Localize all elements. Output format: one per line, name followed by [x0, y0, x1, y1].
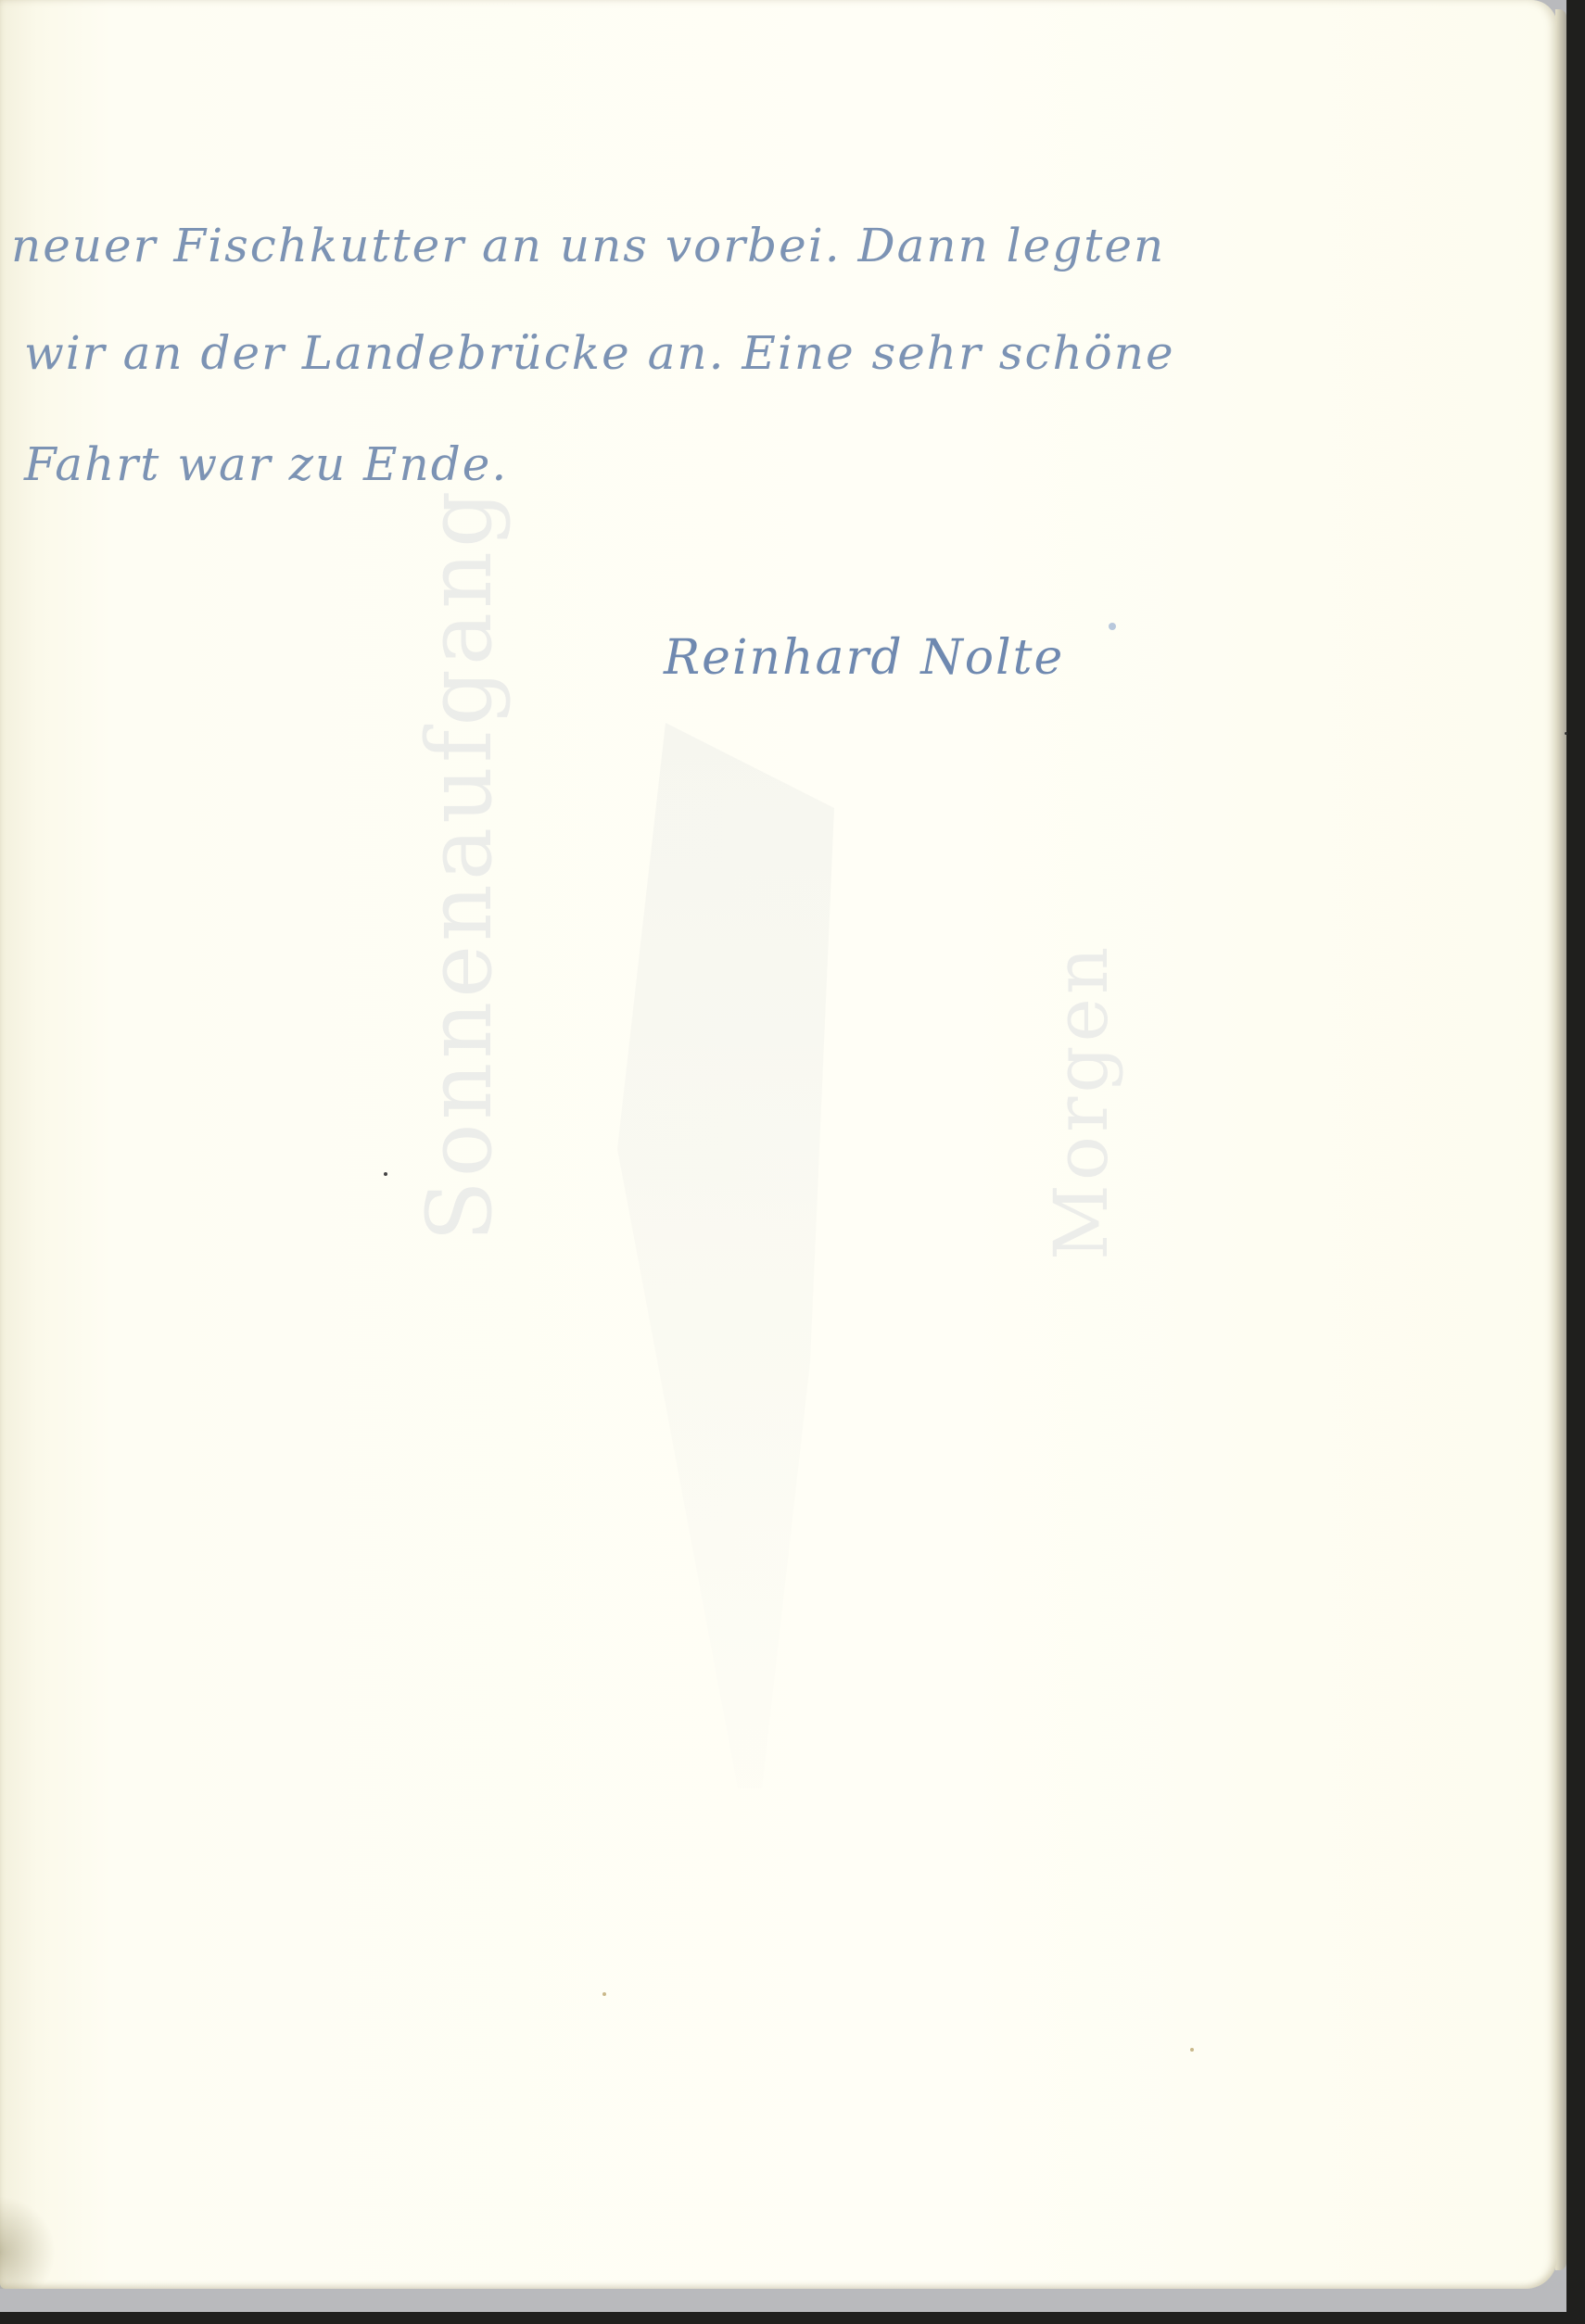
- speck: [602, 1992, 606, 1996]
- handwritten-line-1: neuer Fischkutter an uns vorbei. Dann le…: [11, 219, 1165, 272]
- bleed-through-drawing: [593, 723, 834, 1788]
- handwritten-line-3: Fahrt war zu Ende.: [24, 437, 508, 491]
- speck: [1565, 732, 1567, 735]
- corner-fold-shadow: [0, 2196, 56, 2289]
- document-page: Sonnenaufgang Morgen neuer Fischkutter a…: [0, 0, 1557, 2289]
- handwritten-line-2: wir an der Landebrücke an. Eine sehr sch…: [24, 326, 1175, 380]
- speck: [1190, 2048, 1194, 2052]
- signature: Reinhard Nolte: [664, 630, 1064, 686]
- bleed-through-text-right: Morgen: [1038, 927, 1124, 1260]
- bleed-through-text-left: Sonnenaufgang: [408, 760, 512, 1242]
- ink-spot: [1109, 623, 1116, 630]
- speck: [384, 1172, 387, 1176]
